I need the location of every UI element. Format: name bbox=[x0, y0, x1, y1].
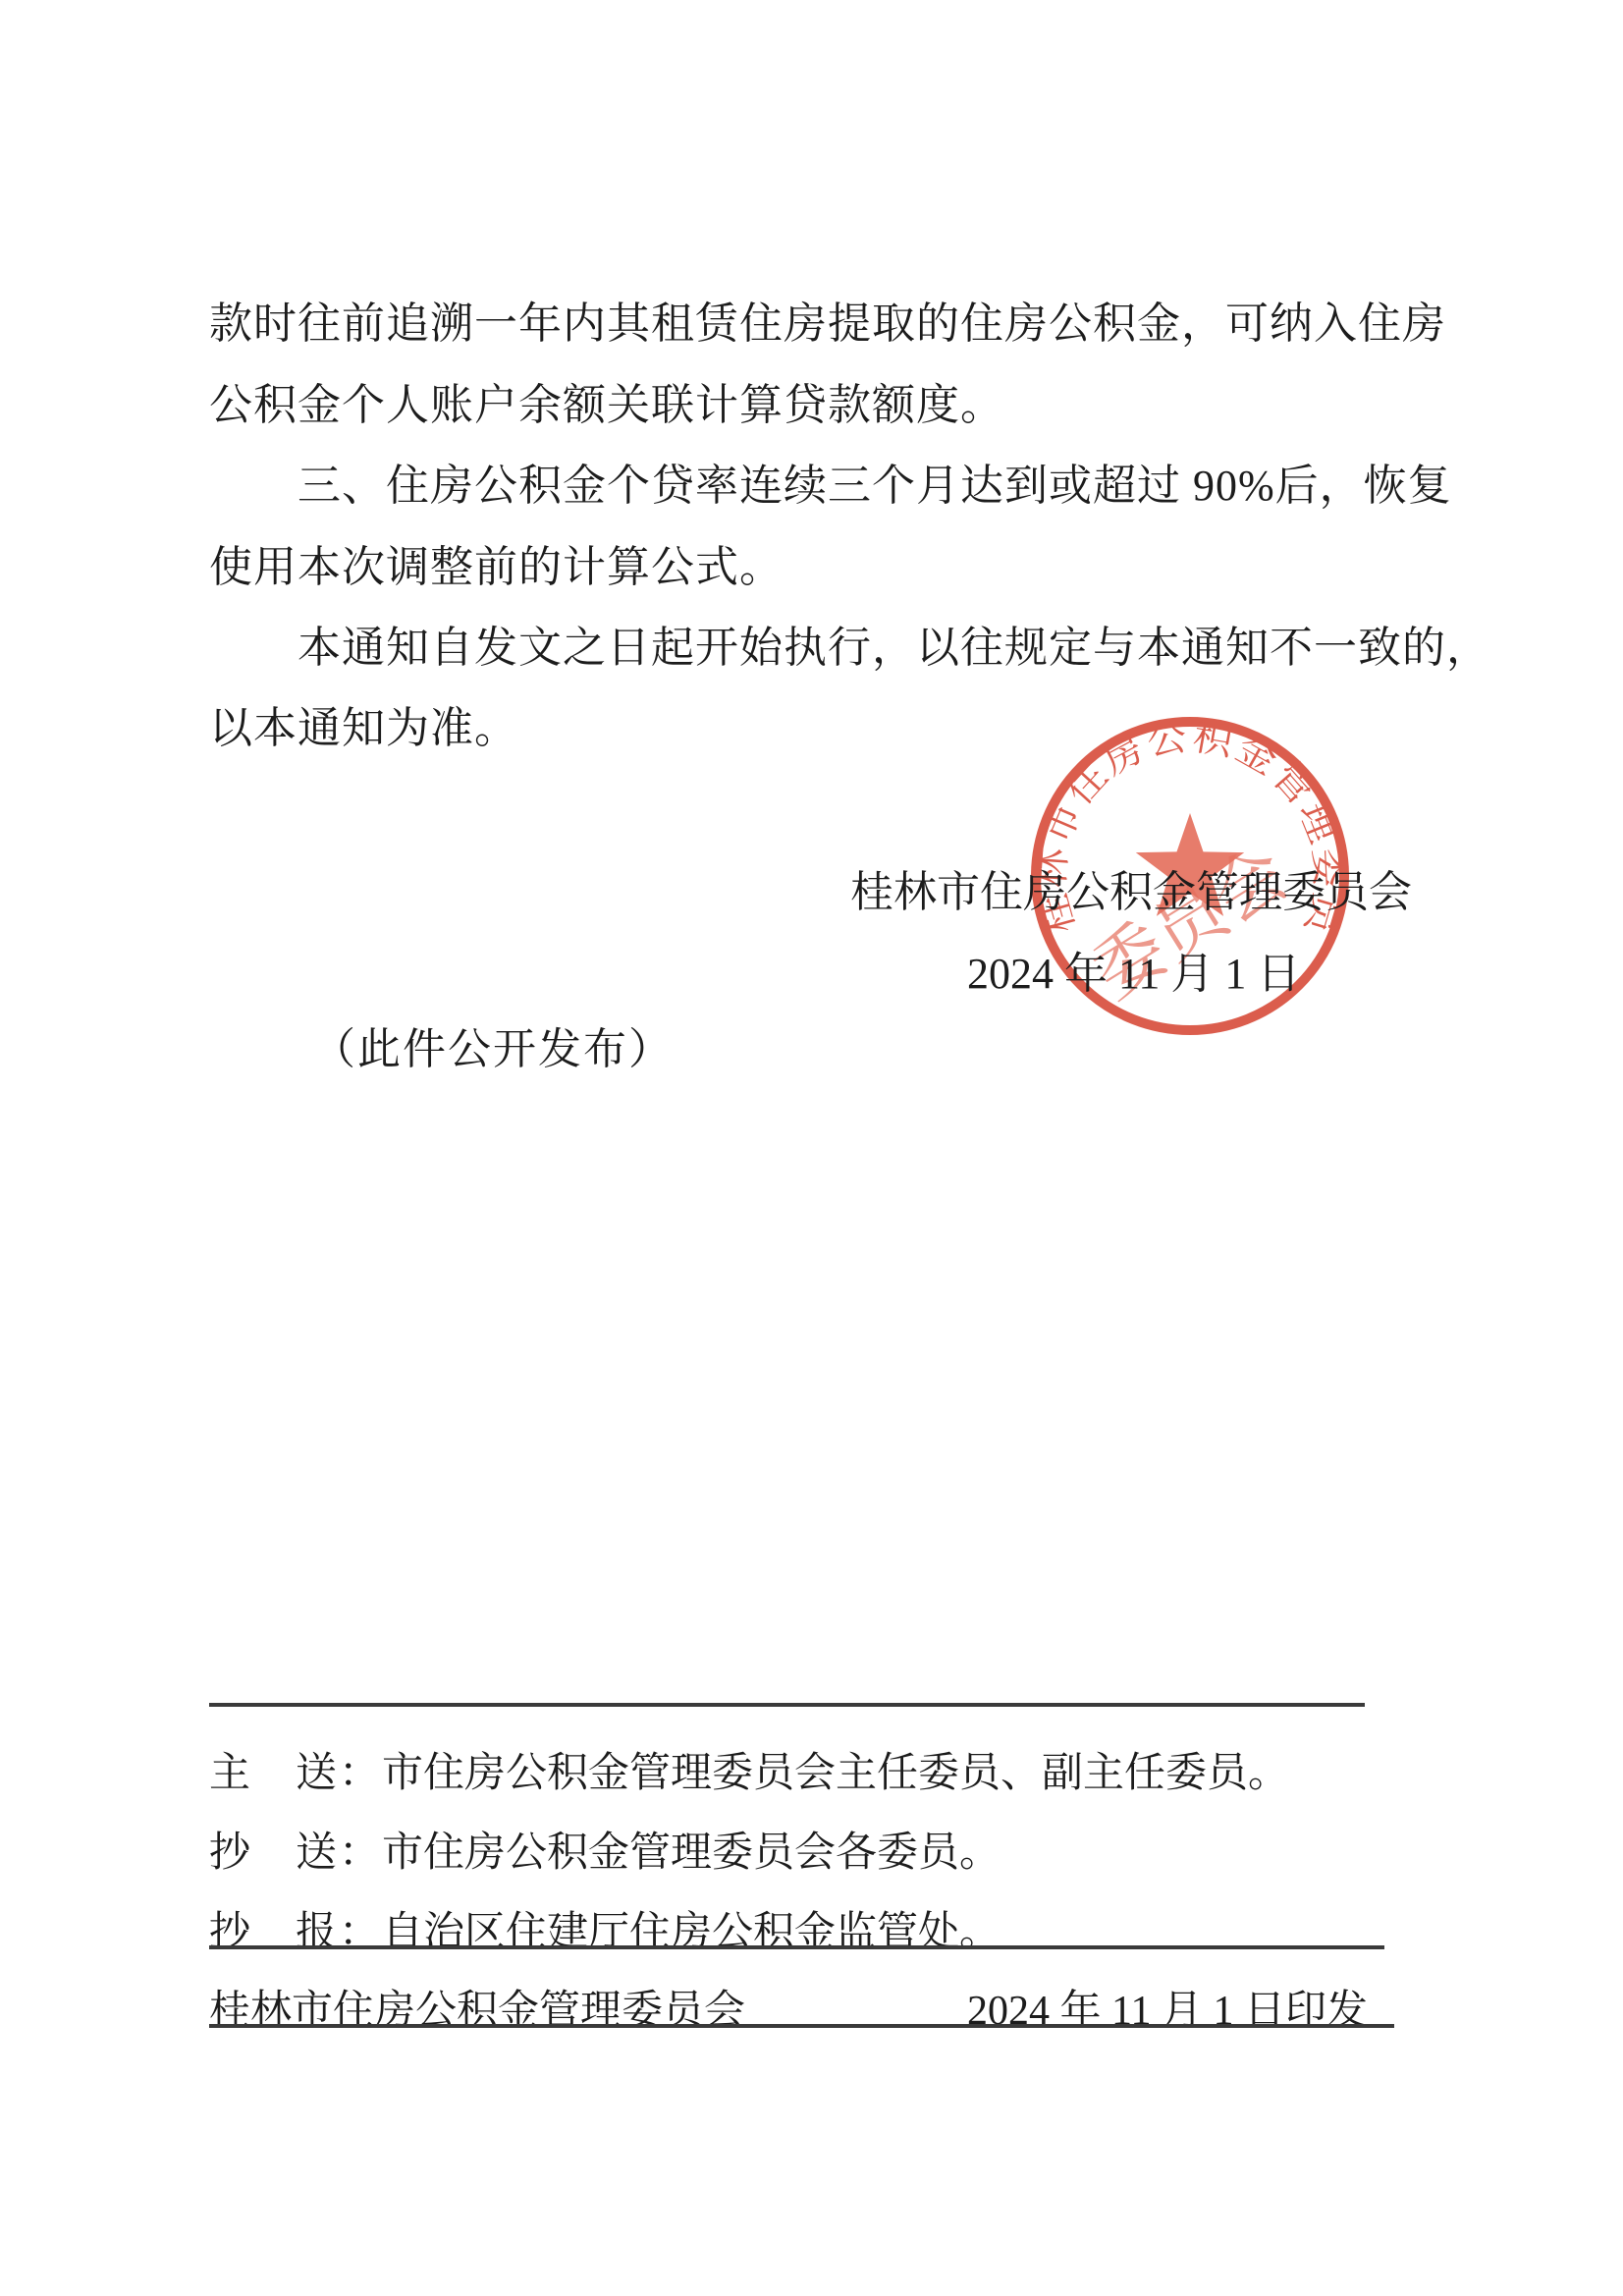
footer-label: 抄 送： bbox=[209, 1831, 382, 1876]
body-line: 使用本次调整前的计算公式。 bbox=[209, 540, 1422, 595]
footer-row: 抄 送：市住房公积金管理委员会各委员。 bbox=[209, 1820, 1001, 1879]
document-page: 款时往前追溯一年内其租赁住房提取的住房公积金，可纳入住房 公积金个人账户余额关联… bbox=[0, 0, 1623, 2296]
body-line: 公积金个人账户余额关联计算贷款额度。 bbox=[209, 378, 1422, 433]
footer-row: 主 送：市住房公积金管理委员会主任委员、副主任委员。 bbox=[209, 1740, 1289, 1799]
body-line: 款时往前追溯一年内其租赁住房提取的住房公积金，可纳入住房 bbox=[209, 297, 1422, 352]
public-release-note: （此件公开发布） bbox=[312, 1013, 674, 1076]
footer-rule-3 bbox=[209, 2024, 1394, 2028]
footer-content: 市住房公积金管理委员会主任委员、副主任委员。 bbox=[382, 1751, 1289, 1796]
footer-label: 主 送： bbox=[209, 1751, 382, 1796]
footer-separator bbox=[209, 1703, 1365, 1707]
footer-row: 抄 报：自治区住建厅住房公积金监管处。 bbox=[209, 1899, 1001, 1958]
footer-issuer: 桂林市住房公积金管理委员会 bbox=[209, 1978, 745, 2037]
body-line: 本通知自发文之日起开始执行，以往规定与本通知不一致的， bbox=[209, 621, 1510, 676]
footer-rule-2 bbox=[209, 1945, 1384, 1949]
footer-content: 市住房公积金管理委员会各委员。 bbox=[382, 1831, 1001, 1876]
signature-date: 2024 年 11 月 1 日 bbox=[967, 938, 1300, 1001]
footer-print-date: 2024 年 11 月 1 日印发 bbox=[967, 1978, 1368, 2037]
body-line: 三、住房公积金个贷率连续三个月达到或超过 90%后，恢复 bbox=[209, 459, 1510, 514]
signature-org: 桂林市住房公积金管理委员会 bbox=[850, 856, 1412, 919]
